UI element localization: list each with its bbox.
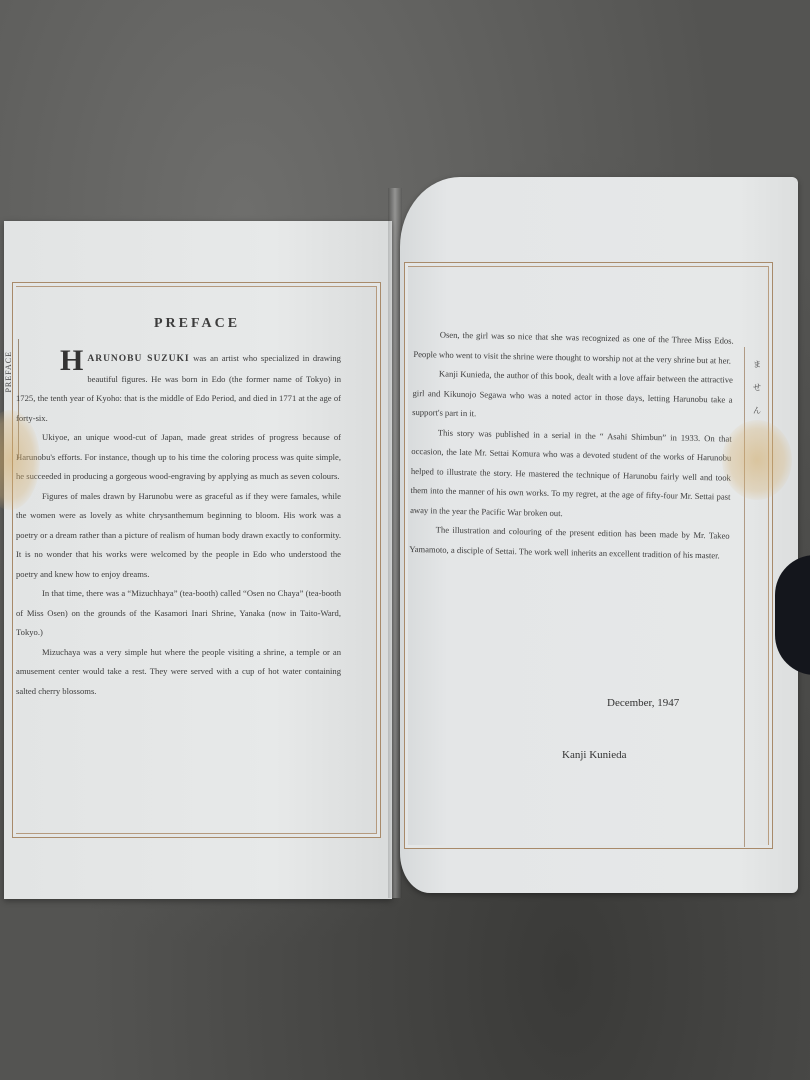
side-tab-label: PREFACE [4,351,13,393]
paragraph: Osen, the girl was so nice that she was … [413,325,734,371]
drop-cap: H [60,349,83,373]
paragraph: Kanji Kunieda, the author of this book, … [412,364,733,429]
page-title: PREFACE [154,316,240,332]
right-body-text: Osen, the girl was so nice that she was … [409,325,734,566]
paragraph: Mizuchaya was a very simple hut where th… [16,643,341,702]
paragraph: This story was published in a serial in … [410,422,732,526]
right-page: Osen, the girl was so nice that she was … [400,177,798,893]
left-page: PREFACE PREFACE HARUNOBU SUZUKI was an a… [4,221,392,899]
paragraph: HARUNOBU SUZUKI was an artist who specia… [16,349,341,428]
paragraph: The illustration and colouring of the pr… [409,520,730,566]
paragraph: Ukiyoe, an unique wood-cut of Japan, mad… [16,428,341,487]
paragraph: Figures of males drawn by Harunobu were … [16,487,341,585]
margin-kana: ま [753,359,785,370]
paper-stain [722,420,792,500]
paragraph: In that time, there was a “Mizuchhaya” (… [16,584,341,643]
left-body-text: HARUNOBU SUZUKI was an artist who specia… [16,349,341,701]
preface-date: December, 1947 [607,697,679,709]
author-signature: Kanji Kunieda [562,749,626,761]
lead-name: ARUNOBU SUZUKI [87,354,189,364]
margin-kana: せ [753,382,785,393]
margin-kana: ん [753,405,785,416]
